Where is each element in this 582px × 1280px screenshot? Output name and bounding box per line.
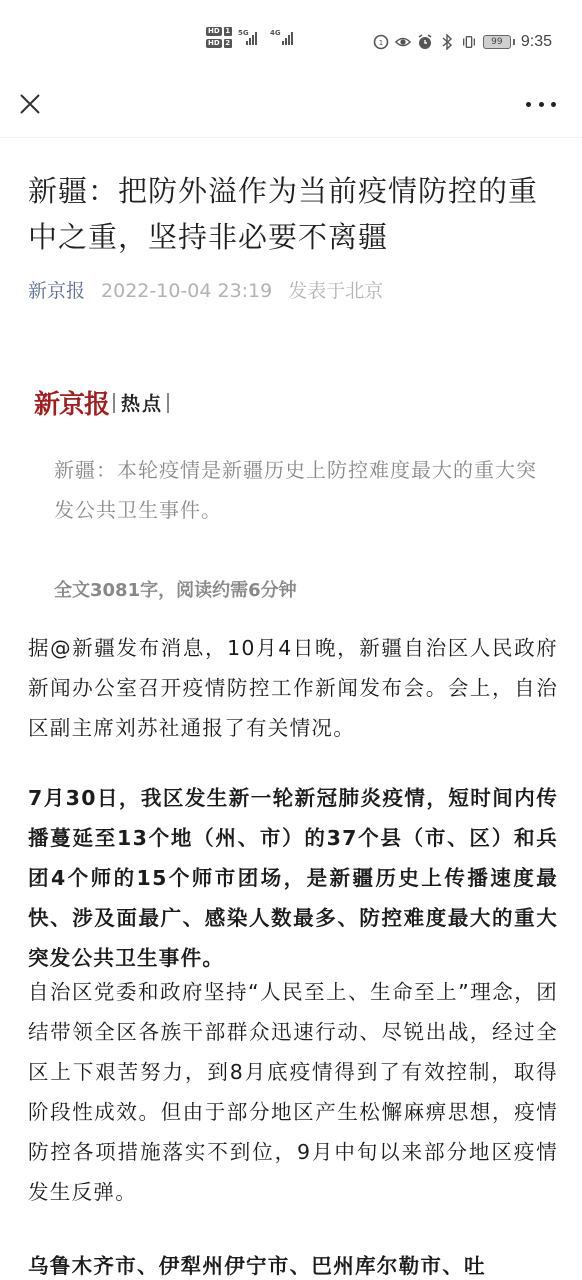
publish-location: 发表于北京 — [288, 278, 383, 304]
status-icons: 1 99 9:35 — [373, 33, 552, 51]
paragraph-bold: 7月30日，我区发生新一轮新冠肺炎疫情，短时间内传播蔓延至13个地（州、市）的3… — [28, 778, 558, 978]
data-saver-icon: 1 — [373, 34, 389, 50]
divider — [113, 393, 115, 413]
brand-logo: 新京报 — [34, 384, 109, 421]
eye-comfort-icon — [395, 34, 411, 50]
publish-date: 2022-10-04 23:19 — [101, 278, 272, 304]
sim-indicators: HD 1 HD 2 — [206, 27, 232, 48]
divider — [167, 393, 169, 413]
close-icon — [19, 93, 41, 115]
sim-2-badge: 2 — [224, 39, 232, 48]
paragraph: 自治区党委和政府坚持“人民至上、生命至上”理念，团结带领全区各族干部群众迅速行动… — [28, 972, 558, 1212]
reading-info: 全文3081字，阅读约需6分钟 — [54, 576, 297, 602]
status-bar: HD 1 HD 2 5G 4G 1 — [0, 0, 582, 70]
sim-1-badge: 1 — [224, 27, 232, 36]
signal-5g-icon: 5G — [238, 32, 257, 45]
vibrate-icon — [461, 34, 477, 50]
more-icon — [526, 102, 531, 107]
article-meta: 新京报 2022-10-04 23:19 发表于北京 — [28, 278, 383, 304]
close-button[interactable] — [16, 90, 44, 118]
more-icon-dot — [539, 102, 544, 107]
nav-bar — [0, 70, 582, 138]
svg-text:1: 1 — [379, 39, 383, 47]
hd-badge-1: HD — [206, 27, 222, 36]
article-summary: 新疆：本轮疫情是新疆历史上防控难度最大的重大突发公共卫生事件。 — [54, 450, 544, 530]
brand-tag: 热点 — [121, 389, 163, 416]
more-button[interactable] — [526, 98, 556, 110]
clock: 9:35 — [521, 33, 552, 51]
more-icon-dot — [551, 102, 556, 107]
brand-banner: 新京报 热点 — [34, 384, 169, 421]
signal-4g-icon: 4G — [270, 32, 293, 45]
hd-badge-2: HD — [206, 39, 222, 48]
bluetooth-icon — [439, 34, 455, 50]
author-link[interactable]: 新京报 — [28, 278, 85, 304]
alarm-icon — [417, 34, 433, 50]
battery-icon: 99 — [483, 35, 511, 49]
paragraph-bold: 乌鲁木齐市、伊犁州伊宁市、巴州库尔勒市、吐 — [28, 1246, 558, 1280]
article-title: 新疆：把防外溢作为当前疫情防控的重中之重，坚持非必要不离疆 — [28, 168, 558, 260]
paragraph: 据@新疆发布消息，10月4日晚，新疆自治区人民政府新闻办公室召开疫情防控工作新闻… — [28, 628, 558, 748]
